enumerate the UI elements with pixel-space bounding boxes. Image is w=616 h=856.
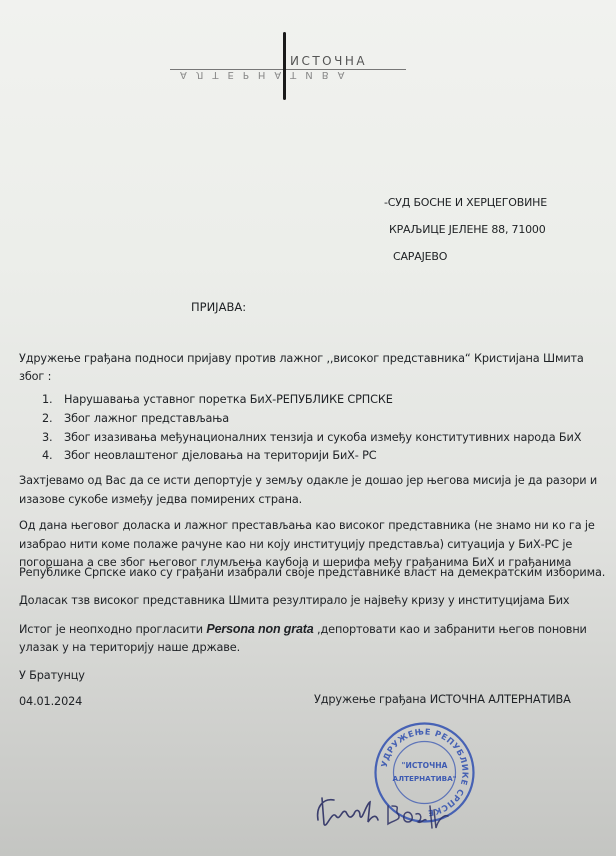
reason-text: Због неовлаштеног дјеловања на териториј…	[64, 449, 377, 462]
paragraph-1-line-2: изазове сукобе између једва помирених ст…	[19, 493, 302, 506]
document-title: ПРИЈАВА:	[191, 300, 246, 314]
logo-bottom-word-mirrored: АЛТЕРНАТИВА	[180, 69, 353, 80]
reason-number: 3.	[42, 431, 64, 444]
stamp-center-line-1: "ИСТОЧНА	[402, 761, 448, 770]
persona-non-grata-emphasis: Persona non grata	[206, 622, 313, 636]
vertical-bar-logo-icon	[283, 32, 286, 100]
closing-date: 04.01.2024	[19, 695, 82, 708]
paragraph-4-line-2: улазак у на територију наше државе.	[19, 641, 240, 654]
recipient-line-2: КРАЉИЦЕ ЈЕЛЕНЕ 88, 71000	[389, 223, 546, 236]
reason-number: 2.	[42, 412, 64, 425]
recipient-line-3: САРАЈЕВО	[393, 250, 447, 263]
reason-item-2: 2.Због лажног представљања	[42, 412, 229, 425]
paragraph-2-line-2: изабрао нити коме полаже рачуне као ни к…	[19, 538, 572, 551]
paragraph-2-line-1: Од дана његовог доласка и лажног престав…	[19, 519, 595, 532]
logo-top-word: ИСТОЧНА	[290, 54, 367, 68]
scanned-letter-page: ИСТОЧНА АЛТЕРНАТИВА -СУД БОСНЕ И ХЕРЦЕГО…	[0, 0, 616, 856]
handwritten-signature	[312, 790, 452, 835]
paragraph-2-line-4: Републике Српске иако су грађани изабрал…	[19, 566, 605, 579]
intro-line-2: због :	[19, 370, 51, 383]
reason-text: Због лажног представљања	[64, 412, 229, 425]
closing-place: У Братунцу	[19, 669, 85, 682]
signature-icon	[312, 790, 452, 835]
intro-line-1: Удружење грађана подноси пријаву против …	[19, 352, 584, 365]
reason-number: 1.	[42, 393, 64, 406]
paragraph-4-line-1: Истог је неопходно прогласити Persona no…	[19, 622, 587, 636]
paragraph-4-text-after: ,депортовати као и забранити његов понов…	[314, 623, 587, 636]
paragraph-3: Доласак тзв високог представника Шмита р…	[19, 594, 569, 607]
reason-item-1: 1.Нарушавања уставног поретка БиХ-РЕПУБЛ…	[42, 393, 393, 406]
letterhead-logo: ИСТОЧНА АЛТЕРНАТИВА	[160, 32, 420, 100]
reason-text: Због изазивања међунационалних тензија и…	[64, 431, 581, 444]
paragraph-1-line-1: Захтјевамо од Вас да се исти депортује у…	[19, 474, 597, 487]
stamp-center-line-2: АЛТЕРНАТИВА"	[393, 774, 457, 783]
closing-signatory: Удружење грађана ИСТОЧНА АЛТЕРНАТИВА	[314, 693, 571, 706]
reason-item-3: 3.Због изазивања међунационалних тензија…	[42, 431, 581, 444]
paragraph-4-text-before: Истог је неопходно прогласити	[19, 623, 206, 636]
reason-item-4: 4.Због неовлаштеног дјеловања на територ…	[42, 449, 377, 462]
recipient-line-1: -СУД БОСНЕ И ХЕРЦЕГОВИНЕ	[384, 196, 547, 209]
reason-number: 4.	[42, 449, 64, 462]
reason-text: Нарушавања уставног поретка БиХ-РЕПУБЛИК…	[64, 393, 393, 406]
